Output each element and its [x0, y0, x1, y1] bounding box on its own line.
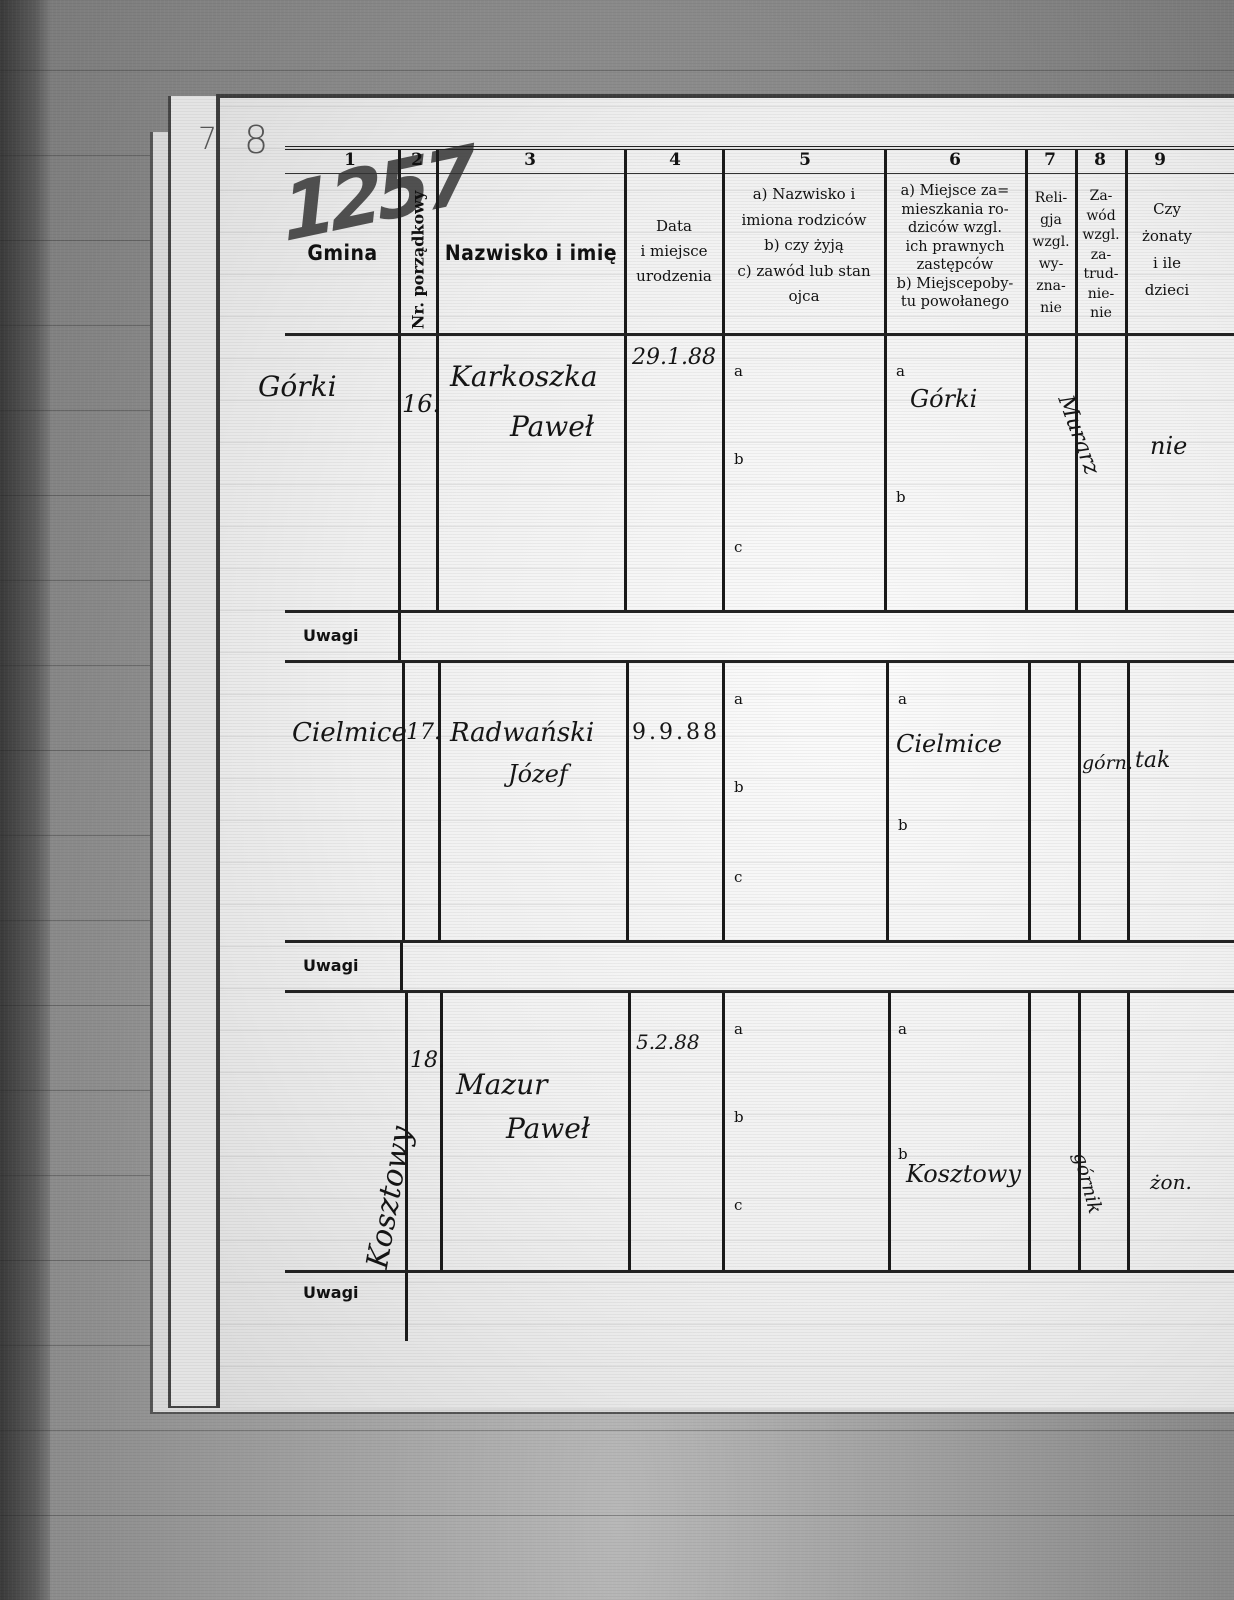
entry-nr: 18.: [410, 1048, 445, 1073]
header-bottom-rule: [285, 333, 1234, 336]
entry-gmina: Cielmice: [292, 718, 407, 748]
sub-label-c: c: [734, 868, 742, 886]
remarks-1-bottom-rule: [285, 660, 1234, 663]
column-number: 6: [925, 150, 985, 170]
col-divider: [1127, 663, 1130, 940]
col-divider: [438, 663, 441, 940]
header-czy-zonaty: Czyżonatyi iledzieci: [1127, 196, 1207, 304]
col-divider: [436, 336, 439, 610]
col-divider: [1075, 336, 1078, 610]
remarks-2-bottom-rule: [285, 990, 1234, 993]
entry-residence-a: Cielmice: [896, 730, 1002, 758]
column-number: 8: [1080, 150, 1120, 170]
column-number: 4: [645, 150, 705, 170]
entry-surname: Karkoszka: [450, 360, 598, 393]
header-nr-porzadkowy: Nr. porządkowy: [398, 190, 438, 330]
row-1-bottom-rule: [285, 610, 1234, 613]
pencil-mark: 7: [198, 122, 217, 157]
entry-surname: Radwański: [450, 718, 594, 748]
entry-gmina: Górki: [258, 370, 337, 403]
sub-label-a: a: [898, 1020, 907, 1038]
col-divider: [1028, 993, 1031, 1270]
entry-birth-date: 9.9.88: [632, 720, 720, 745]
col-divider: [624, 336, 627, 610]
col-divider: [886, 663, 889, 940]
col-divider: [398, 336, 401, 610]
col-divider: [884, 336, 887, 610]
sub-label-a: a: [734, 362, 743, 380]
sub-label-b: b: [734, 1108, 744, 1126]
remarks-divider: [398, 613, 401, 660]
header-rodzice: a) Nazwisko iimiona rodzicówb) czy żyjąc…: [724, 182, 884, 310]
entry-birth-date: 29.1.88: [632, 345, 716, 370]
remarks-label: Uwagi: [303, 956, 359, 975]
col-divider: [626, 663, 629, 940]
sub-label-a: a: [896, 362, 905, 380]
entry-residence-a: Górki: [910, 385, 977, 413]
col-divider: [1127, 993, 1130, 1270]
sub-label-b: b: [734, 778, 744, 796]
sub-label-b: b: [734, 450, 744, 468]
col-divider: [1078, 663, 1081, 940]
col-divider: [722, 336, 725, 610]
remarks-label: Uwagi: [303, 626, 359, 645]
entry-married: żon.: [1150, 1170, 1192, 1194]
col-divider: [628, 993, 631, 1270]
col-divider: [1125, 336, 1128, 610]
sub-label-a: a: [898, 690, 907, 708]
header-gmina: Gmina: [290, 243, 395, 263]
header-nazwisko-imie: Nazwisko i imię: [440, 243, 622, 263]
col-divider: [722, 663, 725, 940]
col-divider: [722, 993, 725, 1270]
entry-nr: 17.: [406, 720, 441, 745]
entry-birth-date: 5.2.88: [636, 1030, 700, 1054]
sub-label-a: a: [734, 1020, 743, 1038]
col-divider: [402, 663, 405, 940]
remarks-divider: [400, 943, 403, 990]
col-divider: [1025, 336, 1028, 610]
column-number: 3: [500, 150, 560, 170]
row-2-bottom-rule: [285, 940, 1234, 943]
column-number: 1: [320, 150, 380, 170]
entry-occupation: górn.: [1082, 752, 1133, 774]
remarks-label: Uwagi: [303, 1283, 359, 1302]
pencil-page-number: 8: [244, 118, 268, 162]
entry-married: nie: [1150, 432, 1187, 460]
row-3-bottom-rule: [285, 1270, 1234, 1273]
entry-married: tak: [1135, 748, 1170, 773]
col-divider: [1078, 993, 1081, 1270]
header-religja: Reli-gjawzgl.wy-zna-nie: [1027, 187, 1075, 319]
entry-given-name: Paweł: [506, 1112, 590, 1145]
sub-label-a: a: [734, 690, 743, 708]
sub-label-c: c: [734, 538, 742, 556]
col-divider: [888, 993, 891, 1270]
entry-nr: 16.: [402, 390, 440, 418]
column-number: 2: [402, 150, 432, 170]
colnum-rule: [285, 173, 1234, 174]
entry-surname: Mazur: [456, 1068, 548, 1101]
entry-given-name: Józef: [508, 760, 568, 788]
entry-residence-b: Kosztowy: [906, 1160, 1021, 1188]
col-divider: [1028, 663, 1031, 940]
header-miejsce-zamieszkania: a) Miejsce za=mieszkania ro-dziców wzgl.…: [884, 182, 1026, 312]
col-divider: [440, 993, 443, 1270]
header-data-urodzenia: Datai miejsceurodzenia: [626, 214, 722, 289]
entry-given-name: Paweł: [510, 410, 594, 443]
column-number: 7: [1030, 150, 1070, 170]
remarks-divider: [405, 1273, 408, 1341]
column-number: 9: [1135, 150, 1185, 170]
header-zawod: Za-wódwzgl.za-trud-nie-nie: [1077, 187, 1125, 324]
sub-label-b: b: [896, 488, 906, 506]
sub-label-c: c: [734, 1196, 742, 1214]
column-number: 5: [775, 150, 835, 170]
sub-label-b: b: [898, 816, 908, 834]
